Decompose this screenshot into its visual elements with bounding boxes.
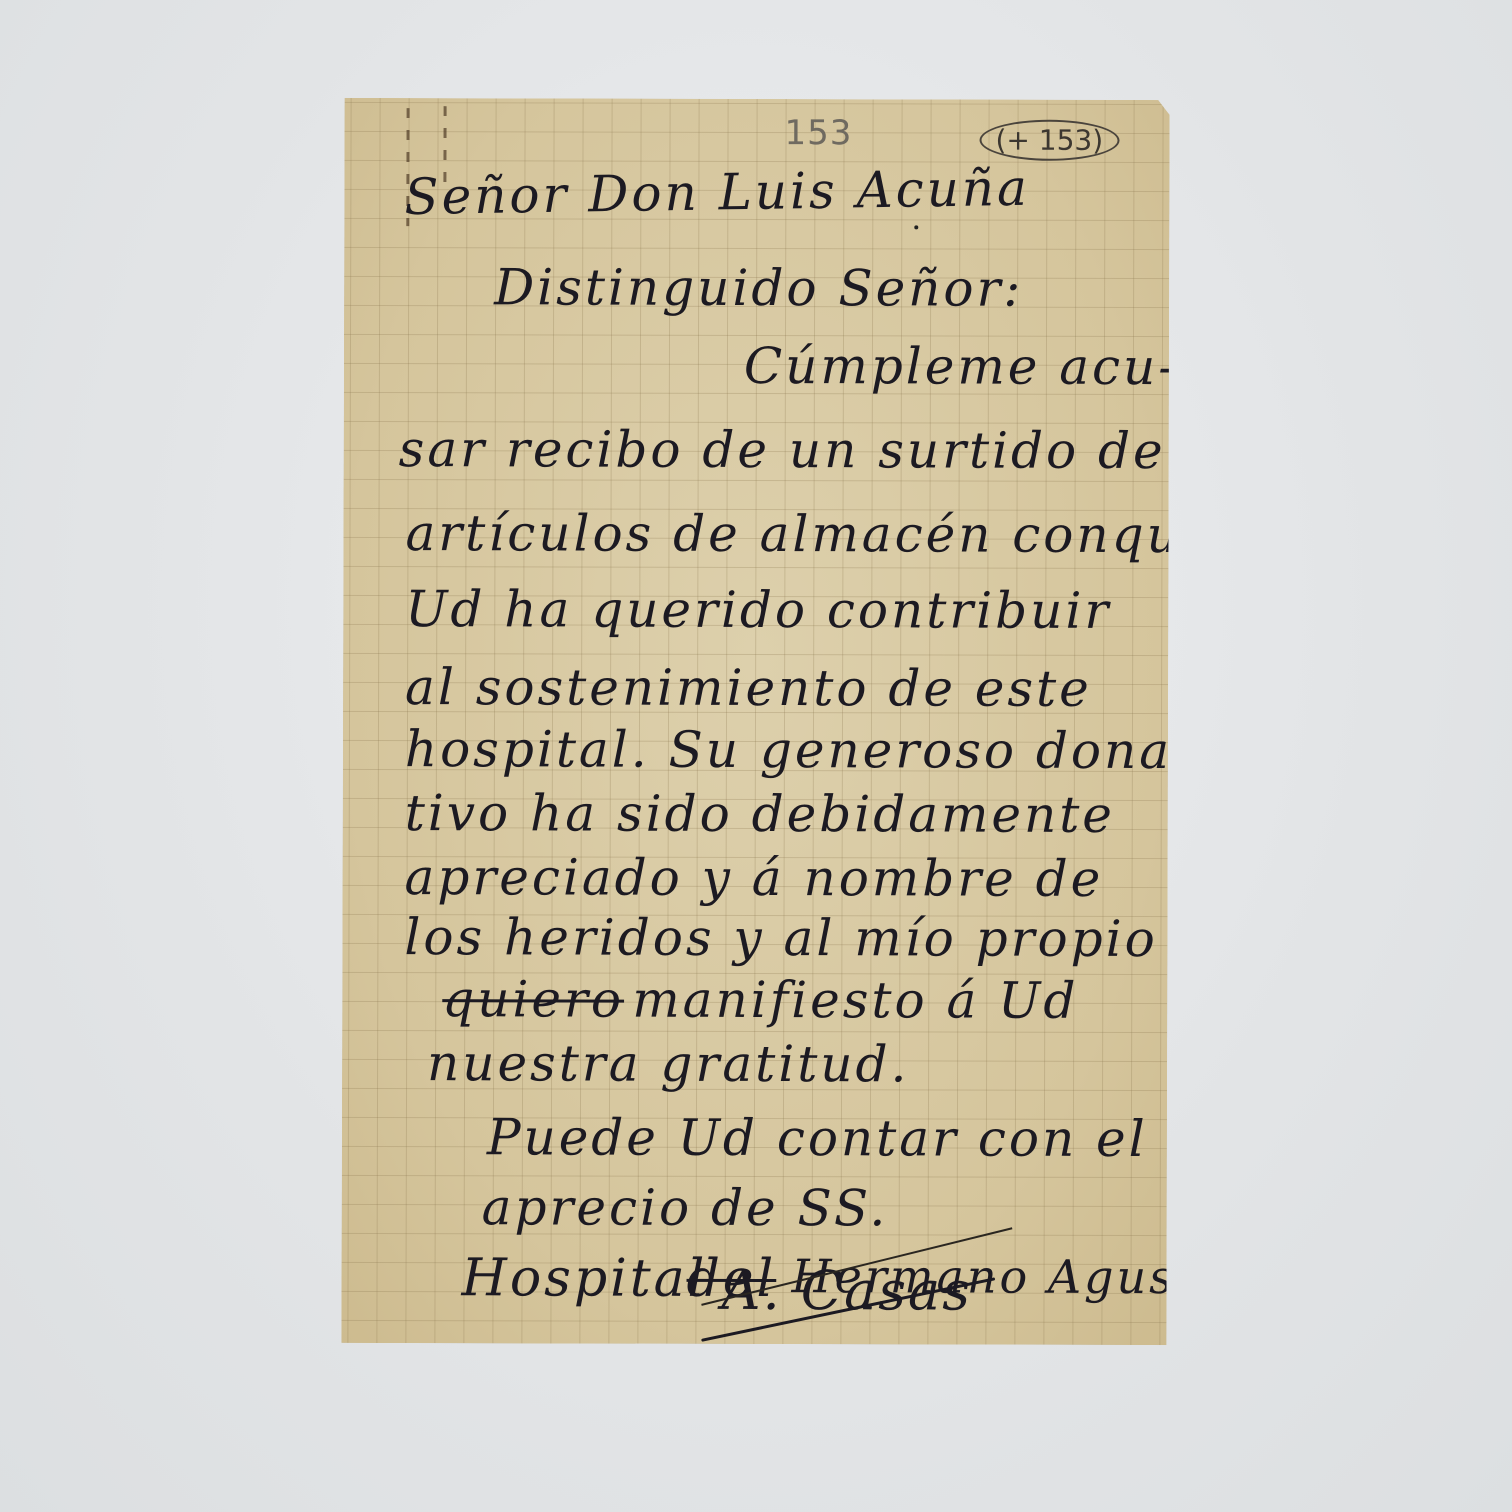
- ink-speck: [914, 225, 918, 229]
- closing-line-1: Puede Ud contar con el: [487, 1108, 1148, 1168]
- catalog-mark: (+ 153): [979, 120, 1119, 161]
- pencil-page-number: 153: [784, 113, 852, 153]
- letter-paper: 153 (+ 153) Señor Don Luis Acuña Disting…: [341, 98, 1169, 1345]
- body-line-1: Cúmpleme acu-: [744, 337, 1178, 396]
- struck-word: quiero: [442, 970, 624, 1028]
- body-line-5: al sostenimiento de este: [405, 658, 1092, 718]
- body-line-8: apreciado y á nombre de: [405, 848, 1104, 908]
- body-last-line: nuestra gratitud.: [427, 1034, 910, 1093]
- footer-hermano: Hermano Agus~: [791, 1249, 1217, 1304]
- addressee-line: Señor Don Luis Acuña: [404, 159, 1030, 226]
- body-line-3: artículos de almacén conque: [405, 504, 1214, 564]
- body-line-4: Ud ha querido contribuir: [405, 580, 1111, 640]
- body-line-6: hospital. Su generoso dona: [405, 720, 1172, 780]
- footer-hospital: Hospital: [461, 1248, 707, 1309]
- closing-line-2: aprecio de SS.: [482, 1178, 889, 1237]
- footer-struck-word: del: [686, 1249, 776, 1309]
- body-line-7: tivo ha sido debidamente: [405, 784, 1115, 844]
- body-line-2: sar recibo de un surtido de: [399, 420, 1166, 480]
- body-line-9: los heridos y al mío propio: [404, 908, 1157, 968]
- body-line-10: manifiesto á Ud: [632, 971, 1078, 1030]
- greeting-line: Distinguido Señor:: [494, 258, 1023, 317]
